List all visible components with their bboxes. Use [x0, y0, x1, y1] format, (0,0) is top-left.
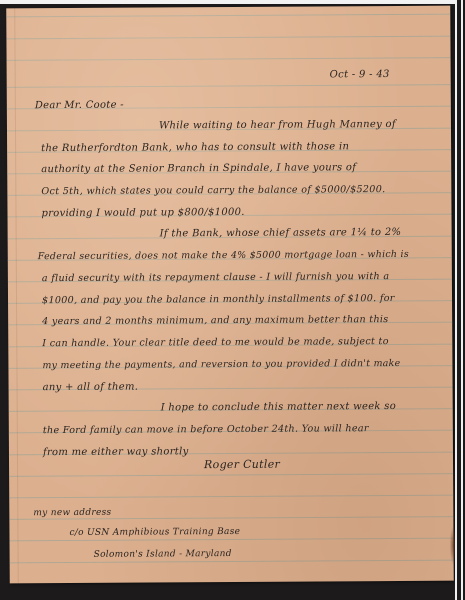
paragraph-3-line-1: I hope to conclude this matter next week… — [161, 401, 396, 414]
paragraph-2-line-7: my meeting the payments, and reversion t… — [42, 358, 400, 372]
letter-salutation: Dear Mr. Coote - — [35, 100, 124, 113]
frame-right-border — [455, 0, 465, 600]
paragraph-1-line-1: While waiting to hear from Hugh Manney o… — [159, 119, 396, 132]
paragraph-2-line-2: Federal securities, does not make the 4%… — [38, 249, 409, 263]
paragraph-2: If the Bank, whose chief assets are 1¼ t… — [6, 6, 450, 9]
paragraph-1-line-2: the Rutherfordton Bank, who has to consu… — [41, 141, 349, 155]
letter-paper: Oct - 9 - 43 Dear Mr. Coote - While wait… — [6, 6, 454, 584]
address-line-1: c/o USN Amphibious Training Base — [69, 526, 240, 539]
paragraph-3: I hope to conclude this matter next week… — [6, 6, 450, 9]
address-label: my new address — [33, 507, 111, 519]
paragraph-2-line-1: If the Bank, whose chief assets are 1¼ t… — [160, 227, 402, 240]
return-address: my new address c/o USN Amphibious Traini… — [6, 6, 450, 9]
paper-edge-crease — [14, 8, 19, 583]
paragraph-3-line-3: from me either way shortly — [43, 446, 189, 459]
paragraph-3-line-2: the Ford family can move in before Octob… — [43, 423, 369, 437]
paragraph-1: While waiting to hear from Hugh Manney o… — [6, 6, 450, 9]
frame-top-border — [0, 0, 465, 4]
letter-date: Oct - 9 - 43 — [330, 69, 390, 81]
paragraph-1-line-3: authority at the Senior Branch in Spinda… — [41, 162, 356, 176]
paragraph-2-line-4: $1000, and pay you the balance in monthl… — [42, 293, 395, 307]
paragraph-1-line-5: providing I would put up $800/$1000. — [41, 207, 244, 220]
paragraph-2-line-5: 4 years and 2 months minimum, and any ma… — [42, 314, 388, 328]
paragraph-2-line-6: I can handle. Your clear title deed to m… — [42, 336, 389, 350]
paragraph-2-line-8: any + all of them. — [43, 382, 139, 395]
address-line-2: Solomon's Island - Maryland — [94, 548, 232, 561]
signature: Roger Cutler — [204, 459, 280, 471]
paragraph-2-line-3: a fluid security with its repayment clau… — [42, 271, 390, 285]
paragraph-1-line-4: Oct 5th, which states you could carry th… — [41, 184, 385, 198]
